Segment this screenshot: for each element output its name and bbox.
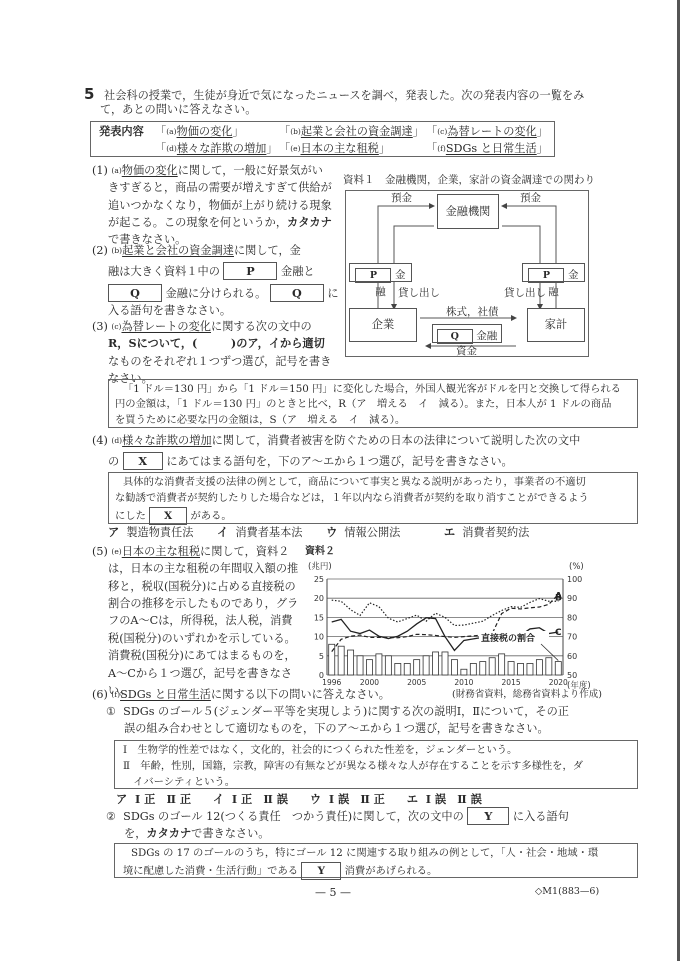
svg-text:C: C	[555, 628, 562, 638]
q-finance: Q 金融	[432, 324, 502, 343]
p-finance-left: P 金融	[349, 263, 412, 282]
topic-a: 「(a)物価の変化」	[155, 123, 244, 140]
chart-source: (財務省資料，総務省資料より作成)	[452, 688, 602, 703]
svg-text:2005: 2005	[407, 678, 426, 687]
svg-text:資料２: 資料２	[305, 545, 335, 557]
svg-text:15: 15	[314, 613, 324, 622]
svg-text:直接税の割合: 直接税の割合	[481, 632, 535, 644]
question-3: (3) (c)為替レートの変化に関する次の文中の R，Sについて，( )のア，イ…	[92, 318, 342, 387]
svg-text:2020: 2020	[549, 678, 568, 687]
bank-box: 金融機関	[437, 194, 499, 229]
company-box: 企業	[349, 308, 417, 342]
svg-text:B: B	[555, 593, 562, 603]
topic-e: 「(e)日本の主な租税」	[279, 140, 390, 157]
loan-label-right: 貸し出し	[504, 285, 546, 301]
svg-text:2010: 2010	[454, 678, 473, 687]
svg-text:60: 60	[567, 652, 577, 661]
loan-label-left: 貸し出し	[398, 285, 440, 301]
svg-text:10: 10	[314, 633, 324, 642]
svg-text:2015: 2015	[502, 678, 521, 687]
answer-box-y-inline: Y	[301, 862, 341, 880]
svg-text:70: 70	[567, 633, 577, 642]
deposit-label-right: 預金	[520, 190, 541, 206]
answer-box-y: Y	[467, 807, 509, 825]
exam-code: ◇M1(883—6)	[535, 885, 599, 900]
q4-choices: ア 製造物責任法 イ 消費者基本法 ウ 情報公開法 エ 消費者契約法	[108, 524, 529, 541]
svg-text:80: 80	[567, 613, 577, 622]
question-6-1: ① SDGs のゴール５(ジェンダー平等を実現しよう)に関する次の説明Ⅰ，Ⅱにつ…	[106, 703, 569, 738]
question-5: (5) (e)日本の主な租税に関して，資料２ は，日本の主な租税の年間収入額の推…	[92, 543, 307, 699]
svg-text:20: 20	[314, 594, 324, 603]
svg-text:5: 5	[319, 652, 324, 661]
topic-f: 「(f)SDGs と日常生活」	[426, 140, 548, 157]
svg-text:25: 25	[314, 575, 324, 584]
exchange-rate-passage: 「1 ドル＝130 円」から「1 ドル＝150 円」に変化した場合，外国人観光客…	[108, 379, 638, 428]
tax-chart-svg: 資料２(兆円)(%)05101520255060708090100ABC1996…	[305, 545, 605, 690]
diagram-title: 資料１ 金融機関，企業，家計の資金調達での関わり	[343, 172, 595, 188]
funds-label: 資金	[456, 343, 477, 359]
household-box: 家計	[527, 308, 585, 342]
intro-line-2: て，あとの問いに答えなさい。	[100, 101, 256, 118]
page-number: — 5 —	[315, 884, 351, 901]
tax-chart: 資料２(兆円)(%)05101520255060708090100ABC1996…	[305, 545, 605, 690]
gender-statements: Ⅰ 生物学的性差ではなく，文化的，社会的につくられた性差を，ジェンダーという。 …	[114, 740, 638, 789]
stocks-label: 株式，社債	[446, 304, 499, 320]
answer-box-x-inline: X	[149, 507, 187, 525]
svg-text:100: 100	[567, 575, 582, 584]
answer-box-q: Q	[108, 284, 162, 302]
answer-box-p: P	[223, 262, 277, 280]
question-number: 5	[84, 85, 94, 103]
ethical-consumption-passage: SDGs の 17 のゴールのうち，特にゴール 12 に関連する取り組みの例とし…	[114, 843, 638, 878]
svg-text:90: 90	[567, 594, 577, 603]
svg-text:(%): (%)	[569, 562, 584, 572]
question-2: (2) (b)起業と会社の資金調達に関して，金 融は大きく資料１中の P 金融と…	[92, 242, 342, 319]
deposit-label-left: 預金	[391, 190, 412, 206]
topic-c: 「(c)為替レートの変化」	[426, 123, 548, 140]
question-4: (4) (d)様々な詐欺の増加に関して，消費者被害を防ぐための日本の法律について…	[92, 432, 580, 471]
question-6-2: ② SDGs のゴール 12(つくる責任 つかう責任)に関して，次の文中の Y …	[106, 807, 569, 843]
topics-label: 発表内容	[99, 123, 144, 140]
finance-diagram: 金融機関 預金 預金 P 金融 P 金融 貸し出し 貸し出し 株式，社債 企業 …	[345, 190, 589, 357]
question-1: (1) (a)物価の変化に関して，一般に好景気がい きすぎると，商品の需要が増え…	[92, 162, 337, 249]
answer-box-q-2: Q	[270, 284, 324, 302]
answer-box-x: X	[123, 452, 163, 470]
topic-d: 「(d)様々な詐欺の増加」	[155, 140, 278, 157]
q6-1-choices: ア Ⅰ 正 Ⅱ 正 イ Ⅰ 正 Ⅱ 誤 ウ Ⅰ 誤 Ⅱ 正 エ Ⅰ 誤 Ⅱ 誤	[116, 791, 482, 808]
p-finance-right: P 金融	[522, 263, 585, 282]
question-6: (6) (f)SDGs と日常生活に関する以下の問いに答えなさい。	[92, 686, 390, 703]
svg-text:(兆円): (兆円)	[308, 561, 332, 572]
svg-text:50: 50	[567, 671, 577, 680]
topics-box: 発表内容 「(a)物価の変化」 「(b)起業と会社の資金調達」 「(c)為替レー…	[90, 121, 555, 157]
topic-b: 「(b)起業と会社の資金調達」	[279, 123, 424, 140]
consumer-law-passage: 具体的な消費者支援の法律の例として，商品について事実と異なる説明があったり，事業…	[108, 472, 638, 524]
